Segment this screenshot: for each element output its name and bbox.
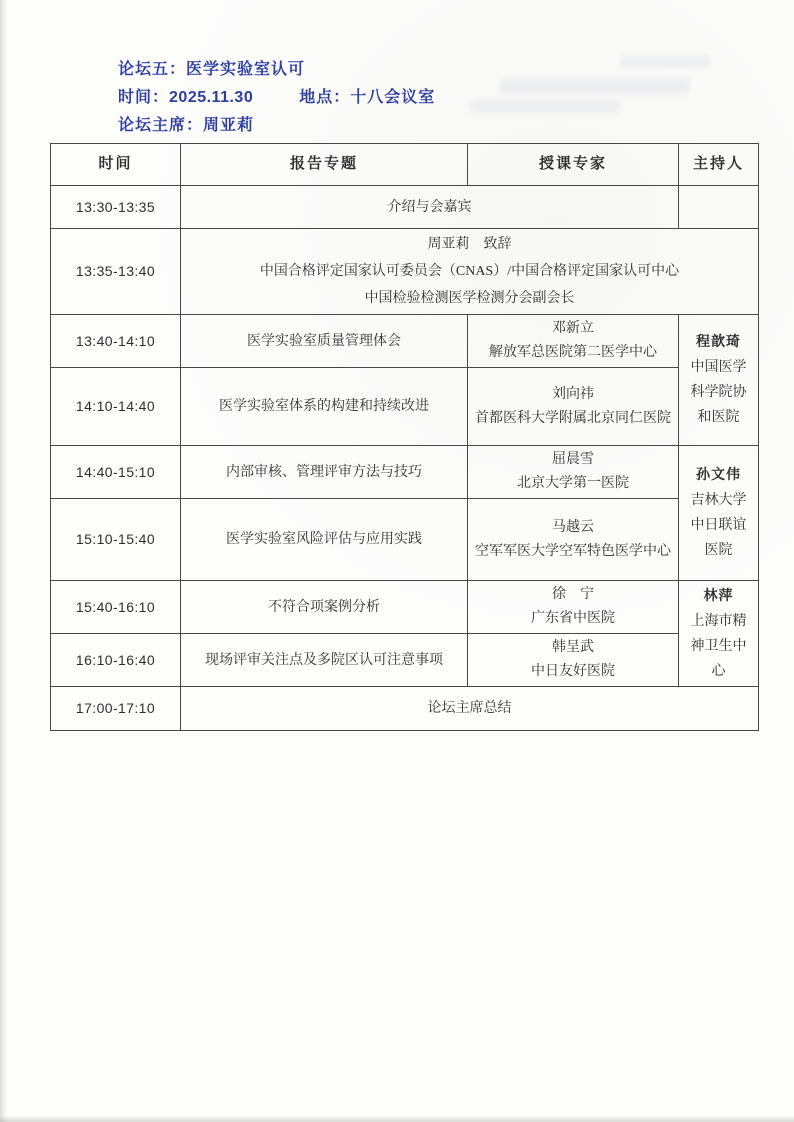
schedule-table: 时间 报告专题 授课专家 主持人 13:30-13:35 介绍与会嘉宾 13:3… (50, 143, 759, 731)
expert-name: 邓新立 (473, 317, 673, 341)
table-row: 13:40-14:10 医学实验室质量管理体会 邓新立 解放军总医院第二医学中心… (51, 315, 759, 368)
opening-remarks-cell: 周亚莉 致辞 中国合格评定国家认可委员会（CNAS）/中国合格评定国家认可中心 … (181, 229, 759, 315)
moderator-affiliation: 中国医学科学院协和医院 (691, 360, 747, 425)
topic-cell: 医学实验室质量管理体会 (181, 315, 468, 368)
expert-name: 韩呈武 (473, 636, 673, 660)
expert-cell: 邓新立 解放军总医院第二医学中心 (468, 315, 679, 368)
moderator-cell: 程歆琦 中国医学科学院协和医院 (679, 315, 759, 446)
table-row: 14:40-15:10 内部审核、管理评审方法与技巧 屈晨雪 北京大学第一医院 … (51, 446, 759, 499)
topic-cell: 介绍与会嘉宾 (181, 186, 679, 229)
expert-cell: 马越云 空军军医大学空军特色医学中心 (468, 499, 679, 581)
table-row: 13:35-13:40 周亚莉 致辞 中国合格评定国家认可委员会（CNAS）/中… (51, 229, 759, 315)
expert-cell: 刘向祎 首都医科大学附属北京同仁医院 (468, 368, 679, 446)
expert-affiliation: 中日友好医院 (473, 660, 673, 684)
header-row: 时间 报告专题 授课专家 主持人 (51, 144, 759, 186)
table-row: 14:10-14:40 医学实验室体系的构建和持续改进 刘向祎 首都医科大学附属… (51, 368, 759, 446)
moderator-cell: 孙文伟 吉林大学中日联谊医院 (679, 446, 759, 581)
col-header-topic: 报告专题 (181, 144, 468, 186)
table-row: 13:30-13:35 介绍与会嘉宾 (51, 186, 759, 229)
expert-cell: 屈晨雪 北京大学第一医院 (468, 446, 679, 499)
opening-line: 中国合格评定国家认可委员会（CNAS）/中国合格评定国家认可中心 (186, 258, 753, 285)
document-header: 论坛五：医学实验室认可 时间：2025.11.30地点：十八会议室 论坛主席：周… (118, 56, 435, 140)
table-row: 15:40-16:10 不符合项案例分析 徐 宁 广东省中医院 林萍 上海市精神… (51, 581, 759, 634)
date-value: 2025.11.30 (169, 89, 253, 106)
scan-smudge (500, 78, 690, 94)
col-header-expert: 授课专家 (468, 144, 679, 186)
expert-cell: 徐 宁 广东省中医院 (468, 581, 679, 634)
forum-title: 论坛五：医学实验室认可 (118, 56, 435, 84)
expert-affiliation: 广东省中医院 (473, 607, 673, 631)
time-cell: 13:35-13:40 (51, 229, 181, 315)
col-header-moderator: 主持人 (679, 144, 759, 186)
col-header-time: 时间 (51, 144, 181, 186)
opening-line: 中国检验检测医学检测分会副会长 (186, 285, 753, 312)
expert-affiliation: 首都医科大学附属北京同仁医院 (473, 407, 673, 431)
expert-name: 马越云 (473, 516, 673, 540)
scanned-document-page: 论坛五：医学实验室认可 时间：2025.11.30地点：十八会议室 论坛主席：周… (0, 0, 794, 1122)
date-prefix: 时间： (118, 89, 169, 106)
expert-affiliation: 空军军医大学空军特色医学中心 (473, 540, 673, 564)
expert-affiliation: 北京大学第一医院 (473, 472, 673, 496)
scan-smudge (620, 56, 710, 68)
forum-datetime-location: 时间：2025.11.30地点：十八会议室 (118, 84, 435, 112)
moderator-name: 程歆琦 (684, 330, 753, 355)
time-cell: 13:40-14:10 (51, 315, 181, 368)
expert-name: 徐 宁 (473, 583, 673, 607)
time-cell: 15:10-15:40 (51, 499, 181, 581)
moderator-cell: 林萍 上海市精神卫生中心 (679, 581, 759, 687)
moderator-affiliation: 吉林大学中日联谊医院 (691, 493, 747, 558)
moderator-name: 孙文伟 (684, 463, 753, 488)
topic-cell: 不符合项案例分析 (181, 581, 468, 634)
expert-cell: 韩呈武 中日友好医院 (468, 634, 679, 687)
topic-cell: 内部审核、管理评审方法与技巧 (181, 446, 468, 499)
topic-cell: 医学实验室体系的构建和持续改进 (181, 368, 468, 446)
moderator-name: 林萍 (684, 584, 753, 609)
time-cell: 14:40-15:10 (51, 446, 181, 499)
time-cell: 17:00-17:10 (51, 687, 181, 731)
table-row: 16:10-16:40 现场评审关注点及多院区认可注意事项 韩呈武 中日友好医院 (51, 634, 759, 687)
scan-smudge (470, 100, 620, 112)
expert-name: 刘向祎 (473, 383, 673, 407)
moderator-affiliation: 上海市精神卫生中心 (691, 614, 747, 679)
location-label: 地点：十八会议室 (299, 89, 435, 106)
moderator-cell-empty (679, 186, 759, 229)
time-cell: 15:40-16:10 (51, 581, 181, 634)
time-cell: 13:30-13:35 (51, 186, 181, 229)
topic-cell: 现场评审关注点及多院区认可注意事项 (181, 634, 468, 687)
summary-cell: 论坛主席总结 (181, 687, 759, 731)
table-row: 15:10-15:40 医学实验室风险评估与应用实践 马越云 空军军医大学空军特… (51, 499, 759, 581)
topic-cell: 医学实验室风险评估与应用实践 (181, 499, 468, 581)
expert-affiliation: 解放军总医院第二医学中心 (473, 341, 673, 365)
time-cell: 14:10-14:40 (51, 368, 181, 446)
table-row: 17:00-17:10 论坛主席总结 (51, 687, 759, 731)
expert-name: 屈晨雪 (473, 448, 673, 472)
forum-chair: 论坛主席：周亚莉 (118, 112, 435, 140)
time-cell: 16:10-16:40 (51, 634, 181, 687)
opening-line: 周亚莉 致辞 (186, 231, 753, 258)
